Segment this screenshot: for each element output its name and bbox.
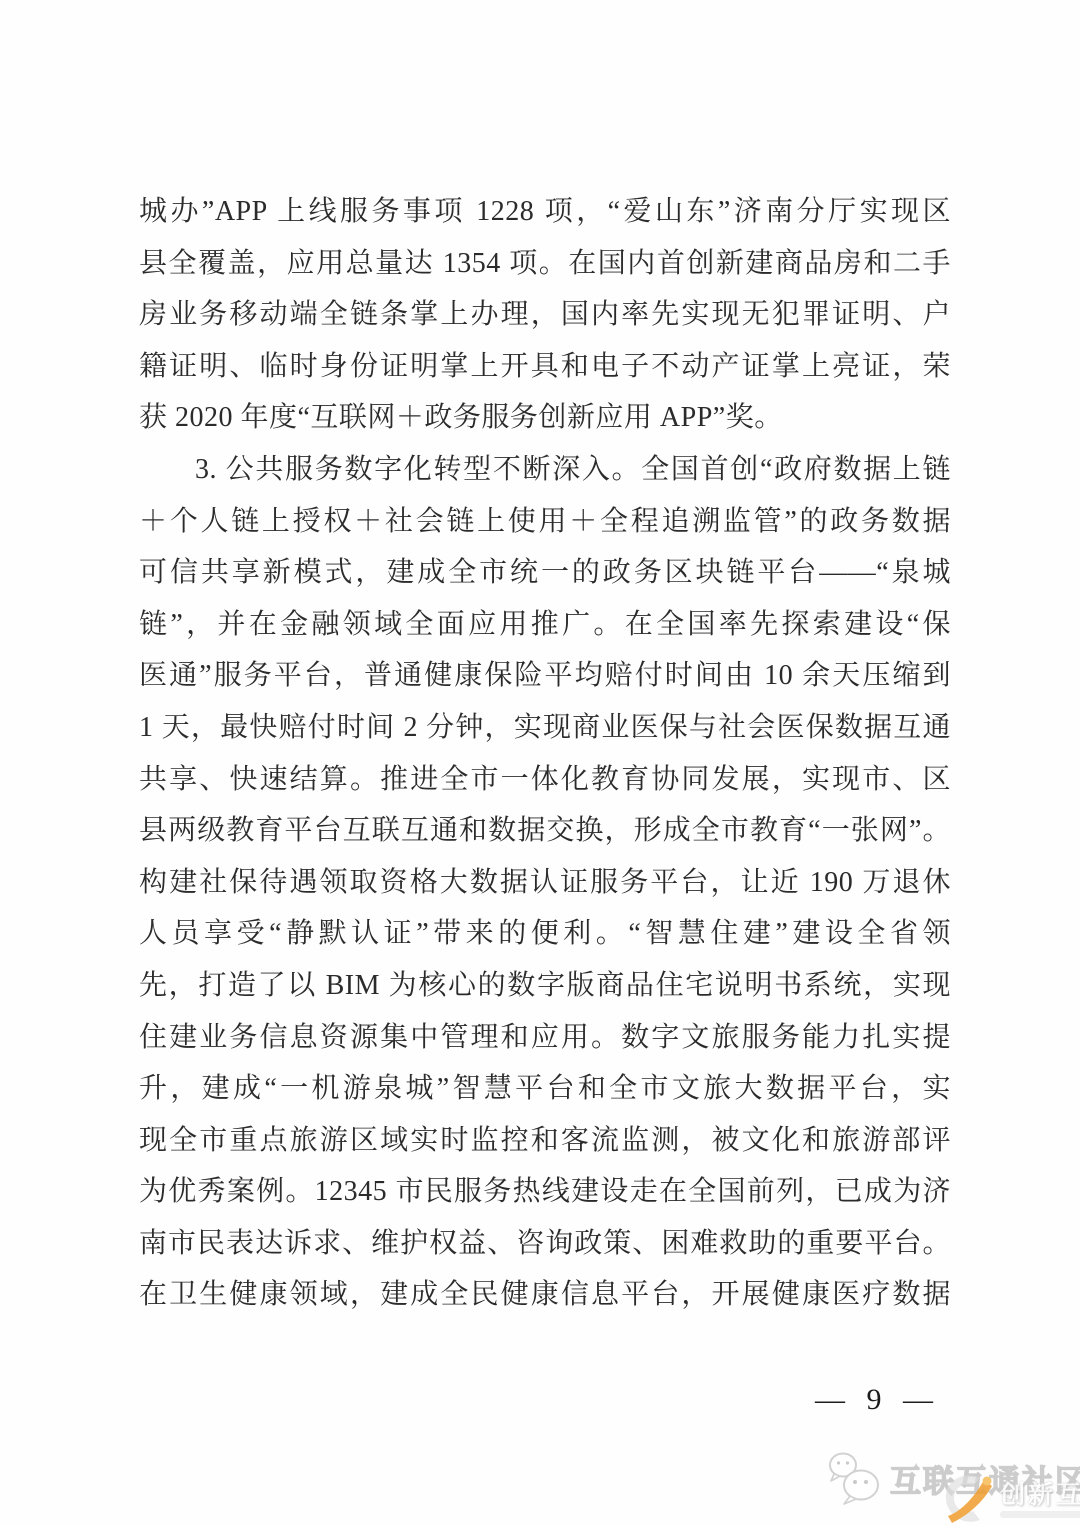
text-line: 共享、快速结算。推进全市一体化教育协同发展，实现市、区 <box>139 754 951 806</box>
text-line: 链”，并在金融领域全面应用推广。在全国率先探索建设“保 <box>139 599 951 651</box>
text-line: 房业务移动端全链条掌上办理，国内率先实现无犯罪证明、户 <box>139 289 951 341</box>
text-line: 医通”服务平台，普通健康保险平均赔付时间由 10 余天压缩到 <box>139 650 951 702</box>
text-line: 先，打造了以 BIM 为核心的数字版商品住宅说明书系统，实现 <box>139 960 951 1012</box>
text-line: 县全覆盖，应用总量达 1354 项。在国内首创新建商品房和二手 <box>139 238 951 290</box>
text-line: 为优秀案例。12345 市民服务热线建设走在全国前列，已成为济 <box>139 1166 951 1218</box>
document-body: 城办”APP 上线服务事项 1228 项，“爱山东”济南分厅实现区县全覆盖，应用… <box>139 186 951 1321</box>
text-line: ＋个人链上授权＋社会链上使用＋全程追溯监管”的政务数据 <box>139 496 951 548</box>
page-number: — 9 — <box>760 1380 990 1420</box>
brand-watermark-label: 创新互联 <box>1000 1482 1080 1508</box>
wechat-icon <box>826 1448 882 1508</box>
brand-watermark-subtext-bar <box>1000 1511 1080 1518</box>
brand-logo-icon <box>940 1470 996 1526</box>
text-line: 城办”APP 上线服务事项 1228 项，“爱山东”济南分厅实现区 <box>139 186 951 238</box>
text-line: 南市民表达诉求、维护权益、咨询政策、困难救助的重要平台。 <box>139 1218 951 1270</box>
brand-watermark: 创新互联 <box>940 1470 1080 1526</box>
text-line: 1 天，最快赔付时间 2 分钟，实现商业医保与社会医保数据互通 <box>139 702 951 754</box>
text-line: 在卫生健康领域，建成全民健康信息平台，开展健康医疗数据 <box>139 1269 951 1321</box>
text-line: 住建业务信息资源集中管理和应用。数字文旅服务能力扎实提 <box>139 1012 951 1064</box>
text-line: 籍证明、临时身份证明掌上开具和电子不动产证掌上亮证，荣 <box>139 341 951 393</box>
text-line: 现全市重点旅游区域实时监控和客流监测，被文化和旅游部评 <box>139 1115 951 1167</box>
text-line: 3. 公共服务数字化转型不断深入。全国首创“政府数据上链 <box>139 444 951 496</box>
document-page: 城办”APP 上线服务事项 1228 项，“爱山东”济南分厅实现区县全覆盖，应用… <box>0 0 1080 1526</box>
text-line: 获 2020 年度“互联网＋政务服务创新应用 APP”奖。 <box>139 392 951 444</box>
text-line: 县两级教育平台互联互通和数据交换，形成全市教育“一张网”。 <box>139 805 951 857</box>
text-line: 人员享受“静默认证”带来的便利。“智慧住建”建设全省领 <box>139 908 951 960</box>
text-line: 可信共享新模式，建成全市统一的政务区块链平台——“泉城 <box>139 547 951 599</box>
text-line: 构建社保待遇领取资格大数据认证服务平台，让近 190 万退休 <box>139 857 951 909</box>
text-line: 升，建成“一机游泉城”智慧平台和全市文旅大数据平台，实 <box>139 1063 951 1115</box>
